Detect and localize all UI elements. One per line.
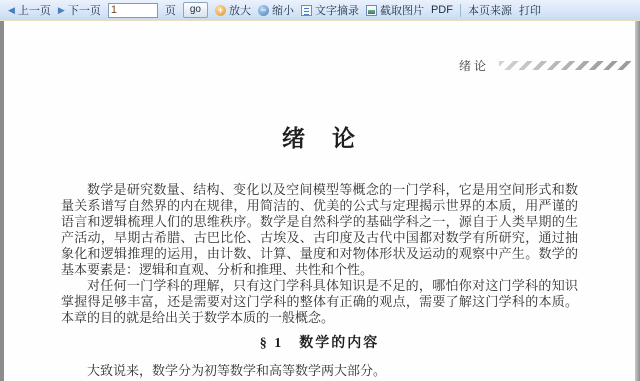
- hatch-stripes-decoration: [499, 61, 631, 70]
- zoom-in-label: 放大: [229, 2, 251, 18]
- toolbar-separator: [460, 4, 461, 17]
- text-extract-label: 文字摘录: [315, 2, 359, 18]
- page-source-button[interactable]: 本页来源: [468, 2, 512, 18]
- next-page-label: 下一页: [68, 2, 101, 18]
- paragraph: 对任何一门学科的理解，只有这门学科具体知识是不足的，哪怕你对这门学科的知识掌握得…: [61, 278, 578, 326]
- page-number-input[interactable]: [108, 3, 158, 18]
- pdf-label: PDF: [431, 4, 453, 16]
- page-source-label: 本页来源: [468, 2, 512, 18]
- zoom-in-button[interactable]: + 放大: [215, 2, 251, 18]
- right-triangle-icon: ▶: [58, 6, 65, 15]
- document-viewer-window: ◀ 上一页 ▶ 下一页 页 go + 放大 − 缩小 文字摘录 截取图片 PDF: [0, 0, 640, 381]
- capture-image-button[interactable]: 截取图片: [366, 2, 424, 18]
- section-heading: § 1 数学的内容: [61, 336, 578, 352]
- prev-page-button[interactable]: ◀ 上一页: [8, 2, 51, 18]
- body-text: 数学是研究数量、结构、变化以及空间模型等概念的一门学科，它是用空间形式和数量关系…: [61, 182, 578, 379]
- text-extract-button[interactable]: 文字摘录: [301, 2, 359, 18]
- print-label: 打印: [519, 2, 541, 18]
- zoom-out-button[interactable]: − 缩小: [258, 2, 294, 18]
- print-button[interactable]: 打印: [519, 2, 541, 18]
- viewer-toolbar: ◀ 上一页 ▶ 下一页 页 go + 放大 − 缩小 文字摘录 截取图片 PDF: [0, 0, 640, 21]
- page-unit-label: 页: [165, 2, 176, 18]
- zoom-out-icon: −: [258, 5, 269, 16]
- text-extract-icon: [301, 5, 312, 16]
- left-triangle-icon: ◀: [8, 6, 15, 15]
- go-button[interactable]: go: [183, 2, 208, 18]
- document-page: 绪论 绪 论 数学是研究数量、结构、变化以及空间模型等概念的一门学科，它是用空间…: [4, 21, 635, 381]
- capture-image-icon: [366, 5, 377, 16]
- pdf-button[interactable]: PDF: [431, 4, 453, 16]
- page-title: 绪 论: [4, 120, 635, 153]
- prev-page-label: 上一页: [18, 2, 51, 18]
- paragraph: 大致说来，数学分为初等数学和高等数学两大部分。: [61, 363, 578, 379]
- paragraph: 数学是研究数量、结构、变化以及空间模型等概念的一门学科，它是用空间形式和数量关系…: [61, 182, 578, 278]
- next-page-button[interactable]: ▶ 下一页: [58, 2, 101, 18]
- running-header-label: 绪论: [459, 57, 489, 74]
- zoom-in-icon: +: [215, 5, 226, 16]
- capture-image-label: 截取图片: [380, 2, 424, 18]
- zoom-out-label: 缩小: [272, 2, 294, 18]
- viewer-right-edge: [635, 21, 640, 381]
- running-header: 绪论: [4, 57, 631, 74]
